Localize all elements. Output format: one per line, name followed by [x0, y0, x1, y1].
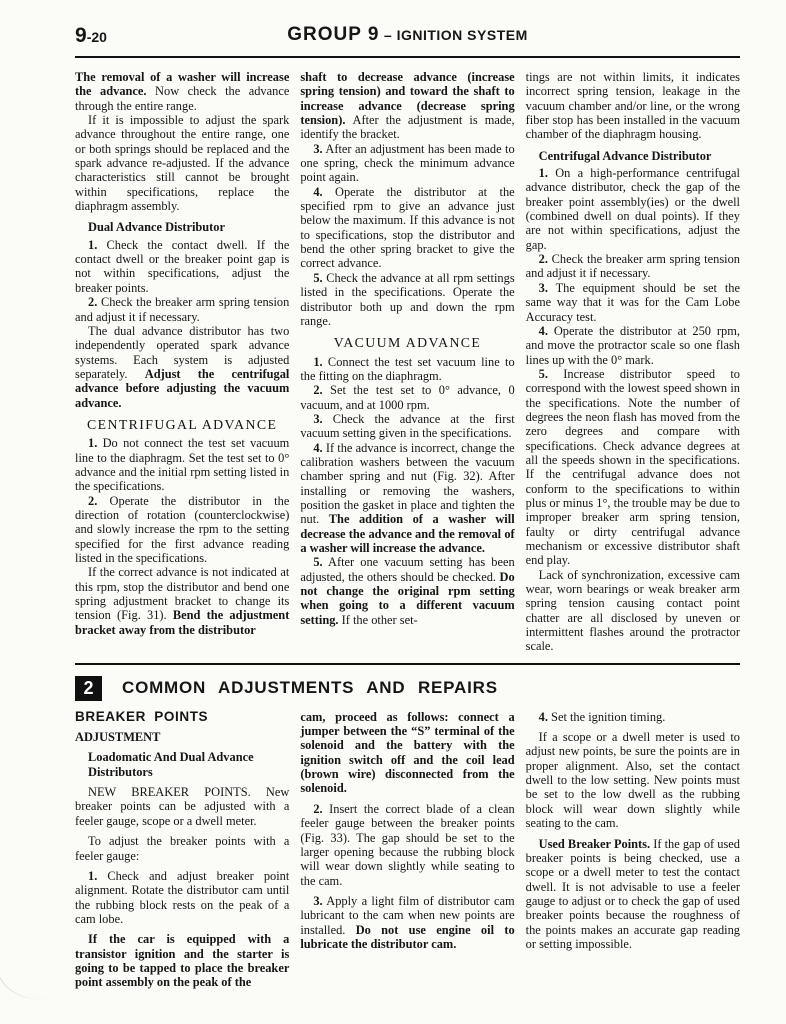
bold-text-run: 4.: [539, 324, 548, 338]
heading-centrifugal-advance-distributor: Centrifugal Advance Distributor: [539, 149, 740, 163]
paragraph: The removal of a washer will increase th…: [75, 70, 289, 113]
bold-text-run: 2.: [88, 295, 97, 309]
bold-text-run: 1.: [313, 355, 322, 369]
section1-column-2: shaft to decrease advance (increase spri…: [300, 70, 514, 654]
header-rule: [75, 56, 740, 58]
paragraph: 5. Check the advance at all rpm settings…: [300, 271, 514, 328]
text-run: NEW BREAKER POINTS. New breaker points c…: [75, 785, 289, 828]
bold-text-run: 3.: [313, 412, 322, 426]
heading-breaker-points: BREAKER POINTS: [75, 710, 289, 724]
text-run: If it is impossible to adjust the spark …: [75, 113, 289, 213]
paragraph: 3. Check the advance at the first vacuum…: [300, 412, 514, 441]
bold-text-run: 4.: [313, 441, 322, 455]
text-run: Check and adjust breaker point alignment…: [75, 869, 289, 926]
paragraph: cam, proceed as follows: connect a jumpe…: [300, 710, 514, 796]
text-run: If the other set-: [342, 613, 418, 627]
text-run: Check the breaker arm spring tension and…: [526, 252, 740, 280]
section1-columns: The removal of a washer will increase th…: [75, 70, 740, 654]
group-subtitle: – IGNITION SYSTEM: [384, 27, 528, 43]
paragraph: 1. Check the contact dwell. If the conta…: [75, 238, 289, 295]
paragraph: NEW BREAKER POINTS. New breaker points c…: [75, 785, 289, 828]
bold-text-run: 2.: [313, 383, 322, 397]
bold-text-run: 4.: [313, 185, 322, 199]
text-run: If the gap of used breaker points is bei…: [526, 837, 740, 951]
bold-text-run: 1.: [88, 238, 97, 252]
section-divider-rule: [75, 663, 740, 665]
bold-text-run: BREAKER POINTS: [75, 709, 208, 724]
section2-title: COMMON ADJUSTMENTS AND REPAIRS: [122, 678, 498, 698]
paragraph: If a scope or a dwell meter is used to a…: [526, 730, 740, 830]
section1-column-1: The removal of a washer will increase th…: [75, 70, 289, 654]
bold-text-run: 5.: [313, 271, 322, 285]
paragraph: If the car is equipped with a transistor…: [75, 932, 289, 989]
section-number-badge: 2: [75, 676, 102, 701]
bold-text-run: The addition of a washer will decrease t…: [300, 512, 514, 555]
section2-header: 2 COMMON ADJUSTMENTS AND REPAIRS: [75, 676, 740, 701]
section2-column-2: cam, proceed as follows: connect a jumpe…: [300, 710, 514, 990]
paragraph: 3. After an adjustment has been made to …: [300, 142, 514, 185]
heading-dual-advance-distributor: Dual Advance Distributor: [88, 220, 289, 234]
text-run: Lack of synchronization, excessive cam w…: [526, 568, 740, 654]
section1-column-3: tings are not within limits, it indicate…: [526, 70, 740, 654]
paragraph: Used Breaker Points. If the gap of used …: [526, 837, 740, 952]
paragraph: 1. Do not connect the test set vacuum li…: [75, 436, 289, 493]
text-run: Operate the distributor at the specified…: [300, 185, 514, 271]
paragraph: 2. Check the breaker arm spring tension …: [75, 295, 289, 324]
text-run: Set the ignition timing.: [548, 710, 665, 724]
section2-column-1: BREAKER POINTSADJUSTMENTLoadomatic And D…: [75, 710, 289, 990]
paragraph: 1. Connect the test set vacuum line to t…: [300, 355, 514, 384]
bold-text-run: 1.: [88, 869, 97, 883]
paragraph: The dual advance distributor has two ind…: [75, 324, 289, 410]
text-run: Do not connect the test set vacuum line …: [75, 436, 289, 493]
manual-page: 9-20 GROUP 9 – IGNITION SYSTEM The remov…: [0, 0, 786, 990]
heading-centrifugal-advance: CENTRIFUGAL ADVANCE: [75, 418, 289, 432]
running-header: 9-20 GROUP 9 – IGNITION SYSTEM: [75, 24, 740, 50]
paragraph: 4. If the advance is incorrect, change t…: [300, 441, 514, 556]
text-run: Check the advance at all rpm settings li…: [300, 271, 514, 328]
text-run: Check the advance at the first vacuum se…: [300, 412, 514, 440]
text-run: Set the test set to 0° advance, 0 vacuum…: [300, 383, 514, 411]
bold-text-run: 3.: [313, 142, 322, 156]
text-run: Check the contact dwell. If the contact …: [75, 238, 289, 295]
text-run: To adjust the breaker points with a feel…: [75, 834, 289, 862]
bold-text-run: If the car is equipped with a transistor…: [75, 932, 289, 989]
page-title: GROUP 9 – IGNITION SYSTEM: [75, 24, 740, 46]
text-run: The equipment should be set the same way…: [526, 281, 740, 324]
text-run: Increase distributor speed to correspond…: [526, 367, 740, 567]
text-run: Check the breaker arm spring tension and…: [75, 295, 289, 323]
bold-text-run: 2.: [539, 252, 548, 266]
text-run: Operate the distributor in the direction…: [75, 494, 289, 565]
paragraph: 1. Check and adjust breaker point alignm…: [75, 869, 289, 926]
paragraph: 2. Set the test set to 0° advance, 0 vac…: [300, 383, 514, 412]
heading-adjustment: ADJUSTMENT: [75, 730, 289, 744]
paragraph: 3. The equipment should be set the same …: [526, 281, 740, 324]
bold-text-run: 3.: [539, 281, 548, 295]
text-run: After one vacuum setting has been adjust…: [300, 555, 514, 583]
paragraph: 4. Set the ignition timing.: [526, 710, 740, 724]
paragraph: 5. After one vacuum setting has been adj…: [300, 555, 514, 627]
paragraph: shaft to decrease advance (increase spri…: [300, 70, 514, 142]
bold-text-run: 1.: [539, 166, 548, 180]
paragraph: 5. Increase distributor speed to corresp…: [526, 367, 740, 568]
paragraph: If it is impossible to adjust the spark …: [75, 113, 289, 213]
text-run: CENTRIFUGAL ADVANCE: [87, 417, 277, 432]
section2-columns: BREAKER POINTSADJUSTMENTLoadomatic And D…: [75, 710, 740, 990]
section2-column-3: 4. Set the ignition timing.If a scope or…: [526, 710, 740, 990]
paragraph: Lack of synchronization, excessive cam w…: [526, 568, 740, 654]
text-run: VACUUM ADVANCE: [334, 335, 482, 350]
bold-text-run: 5.: [313, 555, 322, 569]
bold-text-run: 2.: [88, 494, 97, 508]
text-run: tings are not within limits, it indicate…: [526, 70, 740, 141]
bold-text-run: 5.: [539, 367, 548, 381]
paragraph: 1. On a high-performance centrifugal adv…: [526, 166, 740, 252]
bold-text-run: Dual Advance Distributor: [88, 220, 225, 234]
paragraph: 2. Insert the correct blade of a clean f…: [300, 802, 514, 888]
group-title: GROUP 9: [287, 24, 379, 45]
bold-text-run: 4.: [539, 710, 548, 724]
text-run: On a high-performance centrifugal advanc…: [526, 166, 740, 252]
bold-text-run: 1.: [88, 436, 97, 450]
text-run: Insert the correct blade of a clean feel…: [300, 802, 514, 888]
paragraph: If the correct advance is not indicated …: [75, 565, 289, 637]
bold-text-run: Centrifugal Advance Distributor: [539, 149, 712, 163]
text-run: Operate the distributor at 250 rpm, and …: [526, 324, 740, 367]
bold-text-run: cam, proceed as follows: connect a jumpe…: [300, 710, 514, 796]
paragraph: 2. Operate the distributor in the direct…: [75, 494, 289, 566]
paragraph: 3. Apply a light film of distributor cam…: [300, 894, 514, 951]
text-run: Connect the test set vacuum line to the …: [300, 355, 514, 383]
bold-text-run: 2.: [313, 802, 322, 816]
paragraph: 4. Operate the distributor at 250 rpm, a…: [526, 324, 740, 367]
text-run: If a scope or a dwell meter is used to a…: [526, 730, 740, 830]
paragraph: tings are not within limits, it indicate…: [526, 70, 740, 142]
text-run: After an adjustment has been made to one…: [300, 142, 514, 185]
bold-text-run: Loadomatic And Dual Advance Distributors: [88, 750, 254, 778]
paragraph: 4. Operate the distributor at the specif…: [300, 185, 514, 271]
paragraph: 2. Check the breaker arm spring tension …: [526, 252, 740, 281]
bold-text-run: ADJUSTMENT: [75, 730, 160, 744]
paragraph: To adjust the breaker points with a feel…: [75, 834, 289, 863]
bold-text-run: Used Breaker Points.: [539, 837, 650, 851]
heading-loadomatic: Loadomatic And Dual Advance Distributors: [88, 750, 289, 779]
bold-text-run: 3.: [313, 894, 322, 908]
heading-vacuum-advance: VACUUM ADVANCE: [300, 336, 514, 350]
